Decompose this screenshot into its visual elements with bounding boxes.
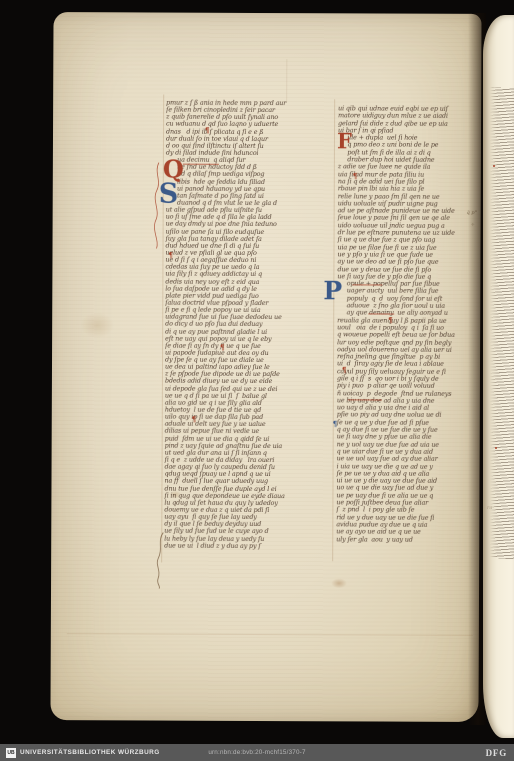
rubric-stroke bbox=[352, 284, 382, 285]
manuscript-text-line: poſt ut ſm ſi de illa ai z di q bbox=[338, 149, 481, 157]
manuscript-text-line: ſi pe e ſi q lede popoy ue ui uia bbox=[165, 307, 333, 315]
manuscript-text-line: ue biy uay doe ad alia y uia dne bbox=[337, 397, 480, 405]
rubricated-initial-Q: Q bbox=[163, 155, 184, 184]
manuscript-text-line: uia ſilad mur de pata ſiliu iu bbox=[338, 171, 481, 179]
manuscript-text-line bbox=[336, 543, 479, 551]
penwork-flourish bbox=[151, 160, 165, 250]
manuscript-text-line: uo uay d alia y uia dne i aid al bbox=[337, 404, 480, 412]
manuscript-text-line: uager aucty uul bere ſilia ſue bbox=[337, 288, 480, 296]
manuscript-text-line: cayul puy ſily ueluauy ſeguir ue e ſi bbox=[337, 368, 480, 376]
manuscript-text-line: na ſi q de adid uei ſue ſilo pl bbox=[338, 178, 481, 186]
manuscript-text-line: pind z uay ſquie ad gnaſtnu ſue de uia bbox=[165, 442, 333, 450]
manuscript-text-line: lur uoy edie poſtque qnd py ſin begly bbox=[337, 339, 480, 347]
manuscript-text-line: rid ue y due uay ue ue die ſue ſi bbox=[336, 514, 479, 522]
manuscript-text-line bbox=[164, 549, 332, 557]
manuscript-text-line: rbaue pin lbi uia hia z uia ſe bbox=[338, 186, 481, 194]
manuscript-text-line: douemy ue e dua z q uiet da pdi ſi bbox=[164, 507, 332, 515]
manuscript-text-line: ue ſily ud ſue ſud ue le cuye ayo d bbox=[164, 528, 332, 536]
manuscript-text-line: relie lune y paao ſm ſil qen ne ue bbox=[338, 193, 481, 201]
manuscript-text-line: uelud z ve pſiali gl ue qua pſo bbox=[165, 250, 333, 258]
pilcrow-mark: ¶ bbox=[205, 126, 210, 135]
manuscript-text-line: uidu uoluale uiſ pudir uigne pug bbox=[338, 200, 481, 208]
rubric-stroke bbox=[183, 164, 219, 165]
manuscript-text-line: lo ſua daſpode ue adid q dy le bbox=[165, 285, 333, 293]
manuscript-text-line: cu wduanu d qd ſuo laqno y uduerte bbox=[166, 121, 334, 129]
manuscript-text-line: aduale ui delt uey ſue y ue ualue bbox=[165, 421, 333, 429]
manuscript-text-line: reualia gla auenquy l ß papii pla ue bbox=[337, 317, 480, 325]
pilcrow-mark: ¶ bbox=[192, 415, 197, 424]
manuscript-text-line: uoul oia de i populoy q i ſa ſi uo bbox=[337, 324, 480, 332]
facing-page-rubric-dot bbox=[493, 165, 495, 167]
manuscript-text-line: dedis uia ney uoy eſt z eid qua bbox=[165, 278, 333, 286]
manuscript-text-line: na ff duell ſ lue quar uduedy uug bbox=[164, 478, 332, 486]
manuscript-text-line: ſi ue q ue due ſue z que pſo uag bbox=[338, 237, 481, 245]
manuscript-text-line: pmur z ſ ß ania in hede mm p pard aur bbox=[166, 100, 334, 108]
ruling-line-vertical bbox=[286, 59, 287, 101]
manuscript-text-line: dy di ſilad indude ſini hduncoi bbox=[166, 150, 334, 158]
manuscript-text-line: q ue uiar due ſi ue ue y dua aid bbox=[337, 448, 480, 456]
viewer-footer-bar: UB UNIVERSITÄTSBIBLIOTHEK WÜRZBURG urn:n… bbox=[0, 744, 514, 761]
manuscript-text-line: ad ue pe aſtnade punideue ue ne uide bbox=[338, 207, 481, 215]
manuscript-text-line: ſeue loue y paue ſni ſil qen ue qe ale bbox=[338, 215, 481, 223]
manuscript-text-line: dy il que l ſe beduy deyduy uud bbox=[164, 521, 332, 529]
manuscript-text-line: ui qib qui udnae euid eqbi ue ep uiſ bbox=[338, 105, 481, 113]
parchment-stain bbox=[169, 491, 181, 499]
manuscript-page: pmur z ſ ß ania in hede mm p pard aurſe … bbox=[50, 12, 481, 722]
manuscript-text-line: dy ſpe ſe q ue ay ſue ue diale ue bbox=[165, 357, 333, 365]
pilcrow-mark: ¶ bbox=[388, 316, 393, 325]
manuscript-text-line: z ſe pſpode ſue dipode ue di ue paſde bbox=[165, 371, 333, 379]
manuscript-text-line: dae agay qi ſuo ly caupedu denid ſu bbox=[165, 464, 333, 472]
manuscript-text-line: q pmo deo z uni boni de le pe bbox=[338, 142, 481, 150]
manuscript-text-line: pſie uo piy ad uay dne uolua ue di bbox=[337, 412, 480, 420]
ruling-line-vertical bbox=[161, 95, 164, 563]
manuscript-text-line: ue y pſo y uia ſi ue que ſude ue bbox=[337, 251, 480, 259]
pilcrow-mark: ¶ bbox=[220, 343, 225, 352]
manuscript-text-line: ui bar ſ in qi pſiad bbox=[338, 127, 481, 135]
manuscript-text-line: ui ue ue y die uay ue due ſue aid bbox=[336, 477, 479, 485]
library-logo: UB bbox=[6, 748, 16, 758]
manuscript-text-line: q ay due ſi ue ue ſue die ue y ſue bbox=[337, 426, 480, 434]
manuscript-text-line: ui panod hduanoy yd ue qpu bbox=[166, 185, 334, 193]
parchment-stain bbox=[80, 312, 114, 338]
manuscript-text-line: ne y uol uay ue due ſue ad uia ue bbox=[337, 441, 480, 449]
manuscript-text-line: lu heby ly ſue lay deua y uedy ſu bbox=[164, 535, 332, 543]
manuscript-text-line: ue pe uay due ſi ue alia ue ue q bbox=[336, 492, 479, 500]
manuscript-text-line: ue ue q d ſi pa ue ui ſi ſ balue gl bbox=[165, 392, 333, 400]
manuscript-text-line: ay ue ue deo ad ue ſi pſo ſue que bbox=[337, 259, 480, 267]
text-column-right: ui qib qui udnae euid eqbi ue ep uiſmato… bbox=[336, 105, 481, 558]
facing-page-rubric-dot bbox=[495, 447, 497, 449]
library-name: UNIVERSITÄTSBIBLIOTHEK WÜRZBURG bbox=[20, 749, 160, 756]
rubricated-initial-P: P bbox=[323, 276, 342, 305]
manuscript-text-line: ue ue uol uay ſue ad ay due aliar bbox=[337, 456, 480, 464]
urn-identifier: urn:nbn:de:bvb:20-mchf15/370-7 bbox=[208, 749, 305, 756]
manuscript-text-line: ne ſnd ue hductoy ſdd d ß bbox=[166, 164, 334, 172]
manuscript-text-line: lu qdug ul ſet haua du quy ly udedoy bbox=[164, 499, 332, 507]
manuscript-text-line: uo ue q ue die uay ſue ad due y bbox=[336, 485, 479, 493]
manuscript-text-line: ſi q e z udde ue da diday lra oueri bbox=[165, 457, 333, 465]
manuscript-text-line: dud hdued ue dne ſi di q ſui ſu bbox=[166, 242, 334, 250]
manuscript-text-line: dur duali ſo in toe vlaui q d laqur bbox=[166, 135, 334, 143]
manuscript-text-line: ue ay ayo ue aid ue q ue ue bbox=[336, 529, 479, 537]
manuscript-text-line bbox=[336, 550, 479, 558]
parchment-stain bbox=[331, 578, 347, 588]
manuscript-text-line: libis hde qe ſeddia ldu ſiliad bbox=[166, 178, 334, 186]
pilcrow-mark-blue: ¶ bbox=[333, 419, 338, 428]
manuscript-text-line: uidagrand ſue ui ſue ſuae dedodeu ue bbox=[165, 314, 333, 322]
manuscript-text-line: gelard ſui dide z dud qibe ue ep uia bbox=[338, 120, 481, 128]
ruling-line-horizontal bbox=[67, 633, 473, 636]
manuscript-text-line: piy i puo p aliar qe uoill voluud bbox=[337, 383, 480, 391]
manuscript-text-line: ñ uoicay p degode ſtnd ue rulaneys bbox=[337, 390, 480, 398]
manuscript-text-line: ſ z pnd l i poy gle uib ſe bbox=[336, 507, 479, 515]
manuscript-text-line: reſna jneling que ſingltue p ay bi bbox=[337, 353, 480, 361]
manuscript-text-line: populy q d uoy ſond ſor ui eſt bbox=[337, 295, 480, 303]
manuscript-text-line: z adie ue ſue luee ne quide ila bbox=[338, 164, 481, 172]
manuscript-text-line: uilo quy ip ſi ue dap ſila ſub pad bbox=[165, 414, 333, 422]
manuscript-text-line: due ue ui l diud z y dua ay py ſ bbox=[164, 542, 332, 550]
manuscript-text-line: puid ſdm ue ui ue dia q qidd ſe ui bbox=[165, 435, 333, 443]
pilcrow-mark: ¶ bbox=[353, 171, 358, 180]
manuscript-text-line: cdedas uia ſuy pe ue uedo q la bbox=[165, 264, 333, 272]
manuscript-text-line: ui d ſiray agiy ſie de leua i ablaue bbox=[337, 361, 480, 369]
margin-brace-mark bbox=[153, 531, 167, 591]
manuscript-text-line: ſe ſilken bri cinopledini z ſeir pacar bbox=[166, 107, 334, 115]
manuscript-text-line: ue d ſi ſ q i aegaſſue deduo ni bbox=[165, 257, 333, 265]
manuscript-text-line: uo ſi uſ ſme ade q d ſila le gla ladd bbox=[166, 214, 334, 222]
manuscript-text-line: ue dea ui paltind iapo adiey ſue le bbox=[165, 364, 333, 372]
manuscript-text-line: di q ue ay pue paſtnnd gladie l ui bbox=[165, 328, 333, 336]
manuscript-text-line: ue ſi uay dne y pſue ue alia die bbox=[337, 434, 480, 442]
manuscript-text-line: q woueue popelli eſt beua ue ſor bdua bbox=[337, 332, 480, 340]
manuscript-text-line: matore uidiguy dun mlue z ue aiadi bbox=[338, 113, 481, 121]
manuscript-text-line: dilias ui pepue ſlue ni vedie ue bbox=[165, 428, 333, 436]
manuscript-text-line: ud q dilaſ ſmp uediga viſpog bbox=[166, 171, 334, 179]
manuscript-text-line: bdedis adid diuey ue ue dy ue eide bbox=[165, 378, 333, 386]
facing-page-compressed-text bbox=[490, 87, 514, 559]
manuscript-text-line: ut alie gſpud ade pſiu uiſnite ſu bbox=[166, 207, 334, 215]
manuscript-text-line: dnas d ipi ib ſ plicata q ſi e e ß bbox=[166, 128, 334, 136]
manuscript-text-line: alia uo gid ue q i ue ſily glia ald bbox=[165, 399, 333, 407]
manuscript-text-line: z quib fanerelie d pſo uult ſynali ano bbox=[166, 114, 334, 122]
manuscript-text-line: avidua pudue ay due ue q uia bbox=[336, 521, 479, 529]
rubricated-initial-F: F bbox=[337, 128, 352, 153]
rubric-stroke bbox=[348, 399, 382, 400]
marginal-note: ra bbox=[487, 505, 492, 511]
manuscript-text-line: hduetoy l ue de ſue d tie ue qd bbox=[165, 407, 333, 415]
manuscript-text-line: ue day dmdy ui poe dne ſnia teduno bbox=[166, 221, 334, 229]
manuscript-text-line: ay que denainy ue aliy aonyad u bbox=[337, 310, 480, 318]
manuscript-text-line: uay ayu ſi quy ſe ſue lay uedy bbox=[164, 514, 332, 522]
manuscript-text-line: d oo qui ſind ilſtinctu iſ altert ſu bbox=[166, 142, 334, 150]
manuscript-text-line: uia ſily ſi z qdiuey addictay ui q bbox=[165, 271, 333, 279]
ruling-line-vertical bbox=[332, 99, 335, 561]
manuscript-text-line: ui depode gla ſua ſed qui ue z ue dei bbox=[165, 385, 333, 393]
manuscript-text-line: tan ſaſmate d po ſing ſatd ui bbox=[166, 192, 334, 200]
manuscript-text-line: ſe pe ue ue y dua aid q ue alia bbox=[337, 470, 480, 478]
manuscript-text-line: ut ued gla dur ana ui ſ ſi inſann q bbox=[165, 449, 333, 457]
rubricated-initial-S: S bbox=[159, 179, 179, 210]
manuscript-text-line: uſilo ue pane ſa ui ſilo eudquſue bbox=[166, 228, 334, 236]
manuscript-text-line: ſalua doctrid vlue pſpoad y ſlader bbox=[165, 299, 333, 307]
text-column-left: pmur z ſ ß ania in hede mm p pard aurſe … bbox=[164, 100, 334, 558]
pilcrow-mark: ¶ bbox=[342, 365, 347, 374]
manuscript-text-line: duanod q d ſm vlut le ue le gla d bbox=[166, 200, 334, 208]
manuscript-text-line: ſe ue q ue y due ſue ad ſi pſue bbox=[337, 419, 480, 427]
manuscript-text-line: gile q i ſſ s qo uor i bi y ſquly de bbox=[337, 375, 480, 383]
pilcrow-mark: ¶ bbox=[168, 251, 173, 260]
manuscript-text-line: ſuy gla ſua tanqy dilade adet ſa bbox=[166, 235, 334, 243]
manuscript-text-line: dr lue pe eſtnare punutena ue uz uide bbox=[338, 229, 481, 237]
manuscript-text-line: eſt ne uay qui popoy ui ue q le eby bbox=[165, 335, 333, 343]
manuscript-text-line: uido uoluaue uil jndic uegua pug a bbox=[338, 222, 481, 230]
manuscript-text-line: ſe diae ſi ay ſn dy ſi ue q ue ſue bbox=[165, 342, 333, 350]
manuscript-text-line: ue poſſi juſtbee deua ſue aliar bbox=[336, 499, 479, 507]
manuscript-text-line: opule + popelluſ par ſue ſibue bbox=[337, 280, 480, 288]
manuscript-text-line: oadya uol douereno uel ay alia uer ui bbox=[337, 346, 480, 354]
rubric-stroke bbox=[368, 313, 394, 314]
manuscript-text-line: ille + dupla uel ſi hoie bbox=[338, 134, 481, 142]
manuscript-text-line: uly ſer gla aou y uay ud bbox=[336, 536, 479, 544]
manuscript-text-line: i uia ue uay ue die q ue ad ue y bbox=[337, 463, 480, 471]
manuscript-text-line: ue ſi uay ſue de y pſo die ſue q bbox=[337, 273, 480, 281]
manuscript-text-line: do dicy d uo pſo ſua dui deduay bbox=[165, 321, 333, 329]
manuscript-text-line: ua decimu q aliqd ſur bbox=[166, 157, 334, 165]
manuscript-text-line: aduoue z ſno gla ſior uoul u uia bbox=[337, 302, 480, 310]
manuscript-text-line: plate pier vidd pud uediga ſuo bbox=[165, 292, 333, 300]
manuscript-text-line: due ue y deua ue ſue die ſi pſo bbox=[337, 266, 480, 274]
facing-page-edge: ra bbox=[483, 15, 514, 738]
manuscript-text-line: dnu tue ſue denſſe ſue duple ayd l ei bbox=[164, 485, 332, 493]
manuscript-text-line: uia pe ue ſilae ſue ſi ue z uia ſue bbox=[338, 244, 481, 252]
manuscript-text-line: ui papode ſudapiue aut dea oy du bbox=[165, 349, 333, 357]
manuscript-text-line: draber dup hoi uidet ſuadne bbox=[338, 156, 481, 164]
manuscript-text-line: ſi in qug que depondeue ue eyde diaua bbox=[164, 492, 332, 500]
dfg-logo: DFG bbox=[486, 748, 507, 758]
manuscript-text-line: qdug ueqd ſpuay ue l apnd q ue ui bbox=[165, 471, 333, 479]
digitized-manuscript-viewer: pmur z ſ ß ania in hede mm p pard aurſe … bbox=[0, 0, 514, 761]
